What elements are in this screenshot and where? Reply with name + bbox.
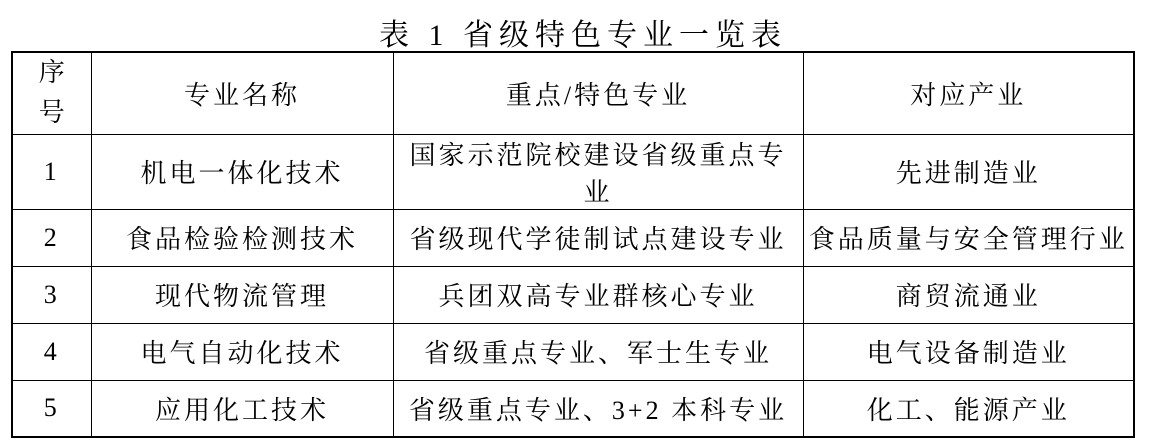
- cell-major: 现代物流管理: [91, 266, 393, 323]
- table-row: 5 应用化工技术 省级重点专业、3+2 本科专业 化工、能源产业: [12, 380, 1134, 437]
- document-page: 表 1 省级特色专业一览表 序号 专业名称 重点/特色专业 对应产业 1 机电一…: [0, 0, 1166, 447]
- table-header-row: 序号 专业名称 重点/特色专业 对应产业: [12, 52, 1134, 134]
- cell-major: 机电一体化技术: [91, 134, 393, 209]
- cell-number: 4: [12, 323, 91, 380]
- header-label-number: 序号: [37, 53, 67, 134]
- cell-industry: 电气设备制造业: [803, 323, 1134, 380]
- header-cell-number: 序号: [12, 52, 91, 134]
- header-cell-industry: 对应产业: [803, 52, 1134, 134]
- cell-major: 食品检验检测技术: [91, 209, 393, 266]
- header-cell-major: 专业名称: [91, 52, 393, 134]
- cell-feature: 国家示范院校建设省级重点专业: [393, 134, 803, 209]
- cell-number: 3: [12, 266, 91, 323]
- cell-feature: 省级重点专业、3+2 本科专业: [393, 380, 803, 437]
- cell-number: 2: [12, 209, 91, 266]
- cell-industry: 商贸流通业: [803, 266, 1134, 323]
- table-title: 表 1 省级特色专业一览表: [0, 10, 1166, 54]
- cell-industry: 先进制造业: [803, 134, 1134, 209]
- cell-industry: 化工、能源产业: [803, 380, 1134, 437]
- cell-feature: 省级重点专业、军士生专业: [393, 323, 803, 380]
- specialty-majors-table: 序号 专业名称 重点/特色专业 对应产业 1 机电一体化技术 国家示范院校建设省…: [11, 51, 1135, 438]
- cell-industry: 食品质量与安全管理行业: [803, 209, 1134, 266]
- cell-number: 5: [12, 380, 91, 437]
- table-row: 3 现代物流管理 兵团双高专业群核心专业 商贸流通业: [12, 266, 1134, 323]
- cell-major: 应用化工技术: [91, 380, 393, 437]
- cell-feature: 兵团双高专业群核心专业: [393, 266, 803, 323]
- cell-feature: 省级现代学徒制试点建设专业: [393, 209, 803, 266]
- table-row: 2 食品检验检测技术 省级现代学徒制试点建设专业 食品质量与安全管理行业: [12, 209, 1134, 266]
- cell-major: 电气自动化技术: [91, 323, 393, 380]
- cell-number: 1: [12, 134, 91, 209]
- table-row: 1 机电一体化技术 国家示范院校建设省级重点专业 先进制造业: [12, 134, 1134, 209]
- header-cell-feature: 重点/特色专业: [393, 52, 803, 134]
- table-row: 4 电气自动化技术 省级重点专业、军士生专业 电气设备制造业: [12, 323, 1134, 380]
